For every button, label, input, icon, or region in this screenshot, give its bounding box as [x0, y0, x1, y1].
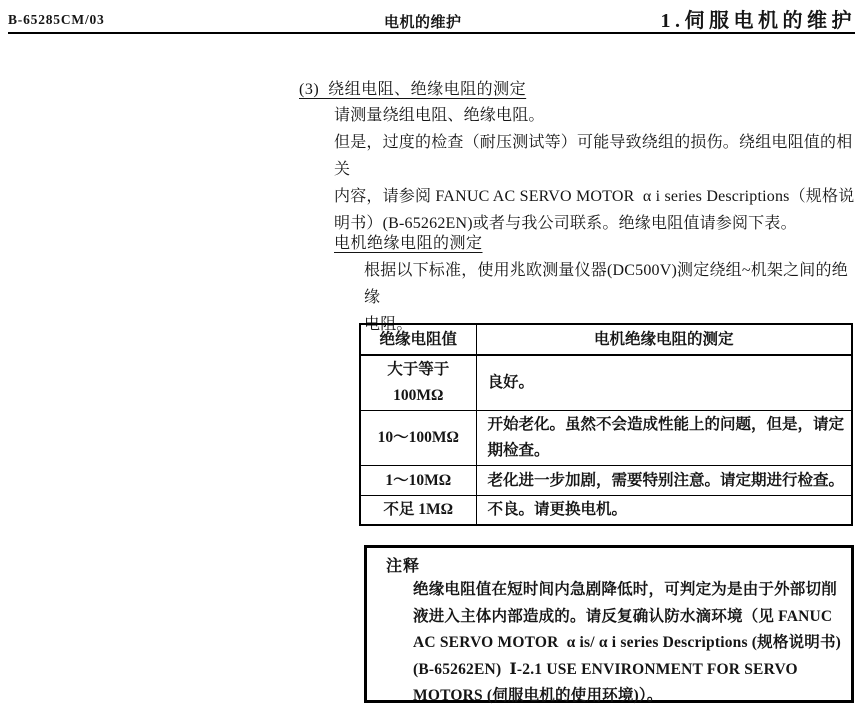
- header-rule: [8, 32, 855, 34]
- resistance-value: 1～10MΩ: [360, 466, 476, 496]
- table-row: 大于等于 100MΩ 良好。: [360, 355, 852, 411]
- subsection-heading: 电机绝缘电阻的测定: [334, 230, 483, 253]
- table-header-resistance: 绝缘电阻值: [360, 324, 476, 355]
- resistance-value: 10～100MΩ: [360, 411, 476, 466]
- resistance-desc: 良好。: [476, 355, 852, 411]
- section-heading: (3) 绕组电阻、绝缘电阻的测定: [299, 76, 526, 99]
- resistance-value: 不足 1MΩ: [360, 496, 476, 526]
- note-box: 注释 绝缘电阻值在短时间内急剧降低时，可判定为是由于外部切削 液进入主体内部造成…: [364, 545, 854, 703]
- resistance-value: 大于等于 100MΩ: [360, 355, 476, 411]
- manual-page: B-65285CM/03 电机的维护 1.伺服电机的维护 (3) 绕组电阻、绝缘…: [0, 0, 866, 712]
- table-row: 1～10MΩ 老化进一步加剧，需要特别注意。请定期进行检查。: [360, 466, 852, 496]
- insulation-resistance-table: 绝缘电阻值 电机绝缘电阻的测定 大于等于 100MΩ 良好。 10～100MΩ …: [359, 323, 853, 526]
- section-paragraph-2: 但是，过度的检查（耐压测试等）可能导致绕组的损伤。绕组电阻值的相关 内容，请参阅…: [334, 129, 866, 237]
- note-title: 注释: [386, 553, 851, 576]
- header-section-title: 电机的维护: [384, 11, 462, 32]
- resistance-desc: 不良。请更换电机。: [476, 496, 852, 526]
- table-row: 不足 1MΩ 不良。请更换电机。: [360, 496, 852, 526]
- resistance-desc: 老化进一步加剧，需要特别注意。请定期进行检查。: [476, 466, 852, 496]
- note-body: 绝缘电阻值在短时间内急剧降低时，可判定为是由于外部切削 液进入主体内部造成的。请…: [413, 577, 847, 710]
- table-header-row: 绝缘电阻值 电机绝缘电阻的测定: [360, 324, 852, 355]
- section-paragraph-1: 请测量绕组电阻、绝缘电阻。: [334, 102, 545, 129]
- header-doc-number: B-65285CM/03: [8, 12, 105, 28]
- table-header-judgement: 电机绝缘电阻的测定: [476, 324, 852, 355]
- table-row: 10～100MΩ 开始老化。虽然不会造成性能上的问题，但是，请定 期检查。: [360, 411, 852, 466]
- header-chapter-title: 1.伺服电机的维护: [661, 4, 857, 33]
- resistance-desc: 开始老化。虽然不会造成性能上的问题，但是，请定 期检查。: [476, 411, 852, 466]
